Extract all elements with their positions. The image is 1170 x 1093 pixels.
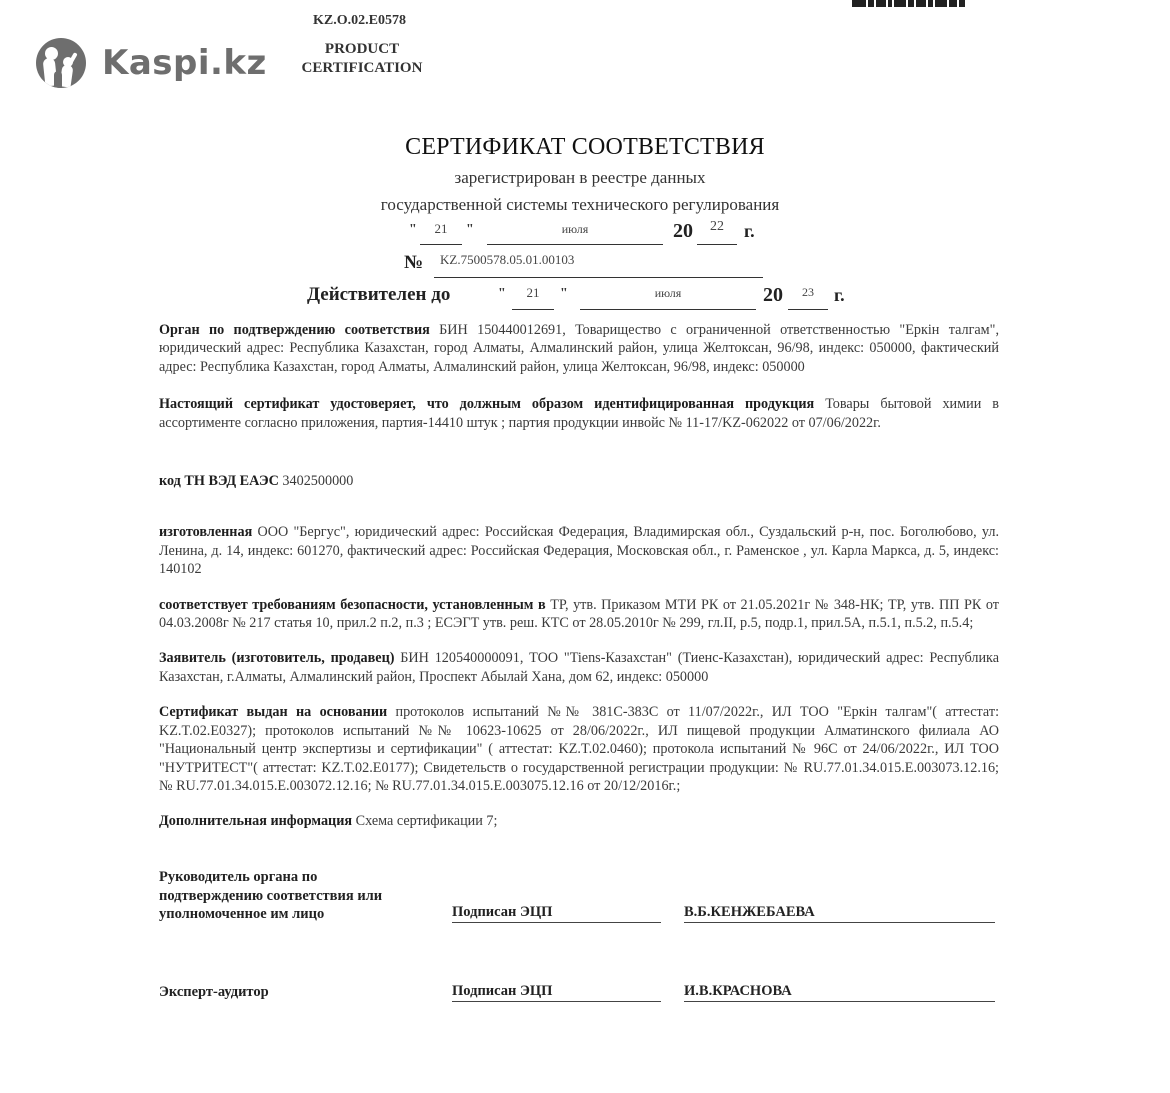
registration-year: 22 [697, 218, 737, 245]
signatory-head-name: В.Б.КЕНЖЕБАЕВА [684, 904, 995, 923]
registration-year-suffix: г. [744, 221, 755, 242]
signatory-expert-name: И.В.КРАСНОВА [684, 983, 995, 1002]
document-subtitle-2: государственной системы технического рег… [0, 195, 1160, 215]
kaspi-brand-text: Kaspi.kz [102, 43, 267, 83]
product-certification-label: PRODUCT CERTIFICATION [300, 40, 424, 78]
document-title: СЕРТИФИКАТ СООТВЕТСТВИЯ [0, 134, 1170, 161]
section-hs-code: код ТН ВЭД ЕАЭС 3402500000 [159, 472, 999, 490]
valid-until-year-suffix: г. [834, 285, 845, 306]
section-text: 3402500000 [282, 473, 353, 489]
section-manufacturer: изготовленная ООО "Бергус", юридический … [159, 523, 999, 578]
kaspi-people-logo-icon [36, 38, 86, 88]
section-label: Дополнительная информация [159, 813, 352, 829]
section-label: изготовленная [159, 524, 252, 540]
section-label: код ТН ВЭД ЕАЭС [159, 473, 279, 489]
section-label: Орган по подтверждению соответствия [159, 322, 430, 338]
section-text: ООО "Бергус", юридический адрес: Российс… [159, 524, 999, 577]
section-certification-body: Орган по подтверждению соответствия БИН … [159, 321, 999, 376]
cert-body-code: KZ.O.02.E0578 [313, 13, 406, 29]
kaspi-watermark: Kaspi.kz [36, 38, 267, 88]
document-subtitle-1: зарегистрирован в реестре данных [0, 168, 1160, 188]
signatory-expert-role: Эксперт-аудитор [159, 983, 269, 1002]
quote-close: " [560, 286, 568, 302]
section-basis: Сертификат выдан на основании протоколов… [159, 703, 999, 795]
section-label: Настоящий сертификат удостоверяет, что д… [159, 396, 814, 412]
certificate-body: Орган по подтверждению соответствия БИН … [159, 321, 999, 831]
signatory-head-signed: Подписан ЭЦП [452, 904, 661, 923]
registration-day: 21 [420, 220, 462, 245]
quote-open: " [498, 286, 506, 302]
signatory-head-role: Руководитель органа по подтверждению соо… [159, 868, 382, 924]
signatory-expert-signed: Подписан ЭЦП [452, 983, 661, 1002]
section-additional-info: Дополнительная информация Схема сертифик… [159, 812, 999, 830]
section-applicant: Заявитель (изготовитель, продавец) БИН 1… [159, 649, 999, 686]
registration-century: 20 [673, 220, 693, 243]
valid-until-label: Действителен до [307, 284, 450, 306]
section-label: Сертификат выдан на основании [159, 704, 387, 720]
section-text: Схема сертификации 7; [356, 813, 498, 829]
number-label: № [404, 252, 423, 274]
section-product: Настоящий сертификат удостоверяет, что д… [159, 395, 999, 432]
registration-month: июля [487, 220, 663, 245]
quote-close: " [466, 222, 474, 238]
valid-until-month: июля [580, 284, 756, 310]
quote-open: " [409, 222, 417, 238]
qr-code-fragment-icon [852, 0, 970, 7]
valid-until-century: 20 [763, 284, 783, 307]
section-label: Заявитель (изготовитель, продавец) [159, 650, 395, 666]
section-label: соответствует требованиям безопасности, … [159, 597, 546, 613]
section-requirements: соответствует требованиям безопасности, … [159, 596, 999, 633]
valid-until-day: 21 [512, 284, 554, 310]
valid-until-year: 23 [788, 284, 828, 310]
certificate-number: KZ.7500578.05.01.00103 [434, 250, 763, 278]
